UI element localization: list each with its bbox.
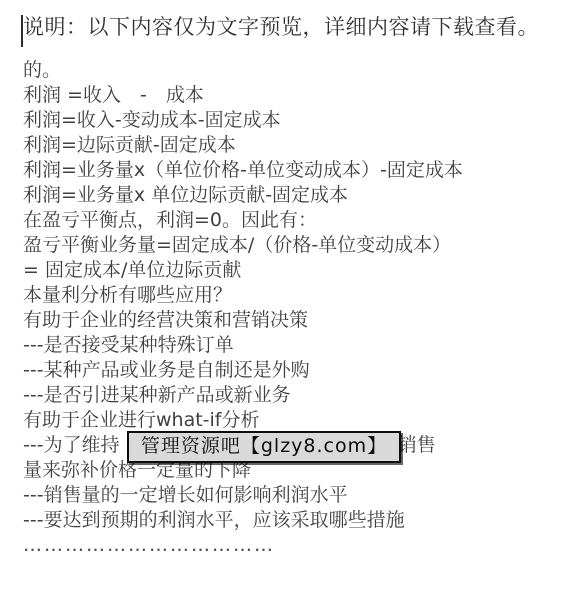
text-line: ---某种产品或业务是自制还是外购 [23,358,558,383]
watermark-line-prefix: ---为了维持 [23,434,120,456]
text-line: 利润=边际贡献-固定成本 [23,133,558,158]
text-line: ---是否接受某种特殊订单 [23,333,558,358]
ellipsis-line: ……………………………… [23,533,558,558]
text-line: 盈亏平衡业务量=固定成本/（价格-单位变动成本） [23,233,558,258]
text-line: 有助于企业进行what-if分析 [23,408,558,433]
text-line: = 固定成本/单位边际贡献 [23,258,558,283]
text-line: 利润 =收入 - 成本 [23,83,558,108]
preview-notice-title: 说明：以下内容仅为文字预览，详细内容请下载查看。 [23,14,558,41]
text-line: 的。 [23,58,558,83]
text-line: 利润=收入-变动成本-固定成本 [23,108,558,133]
text-line: 利润=业务量x（单位价格-单位变动成本）-固定成本 [23,158,558,183]
text-line: ---销售量的一定增长如何影响利润水平 [23,483,558,508]
text-line: 利润=业务量x 单位边际贡献-固定成本 [23,183,558,208]
document-text-body: 的。 利润 =收入 - 成本 利润=收入-变动成本-固定成本 利润=边际贡献-固… [23,58,558,558]
text-cursor [21,15,23,47]
text-line: 本量利分析有哪些应用？ [23,283,558,308]
text-line: ---是否引进某种新产品或新业务 [23,383,558,408]
preview-page: 说明：以下内容仅为文字预览，详细内容请下载查看。 的。 利润 =收入 - 成本 … [0,0,578,600]
text-line: 在盈亏平衡点，利润=0。因此有： [23,208,558,233]
text-line: 有助于企业的经营决策和营销决策 [23,308,558,333]
site-watermark-stamp: 管理资源吧【glzy8.com】 [127,431,401,463]
text-line: ---要达到预期的利润水平，应该采取哪些措施 [23,508,558,533]
watermark-line-suffix: 销售 [398,434,436,456]
